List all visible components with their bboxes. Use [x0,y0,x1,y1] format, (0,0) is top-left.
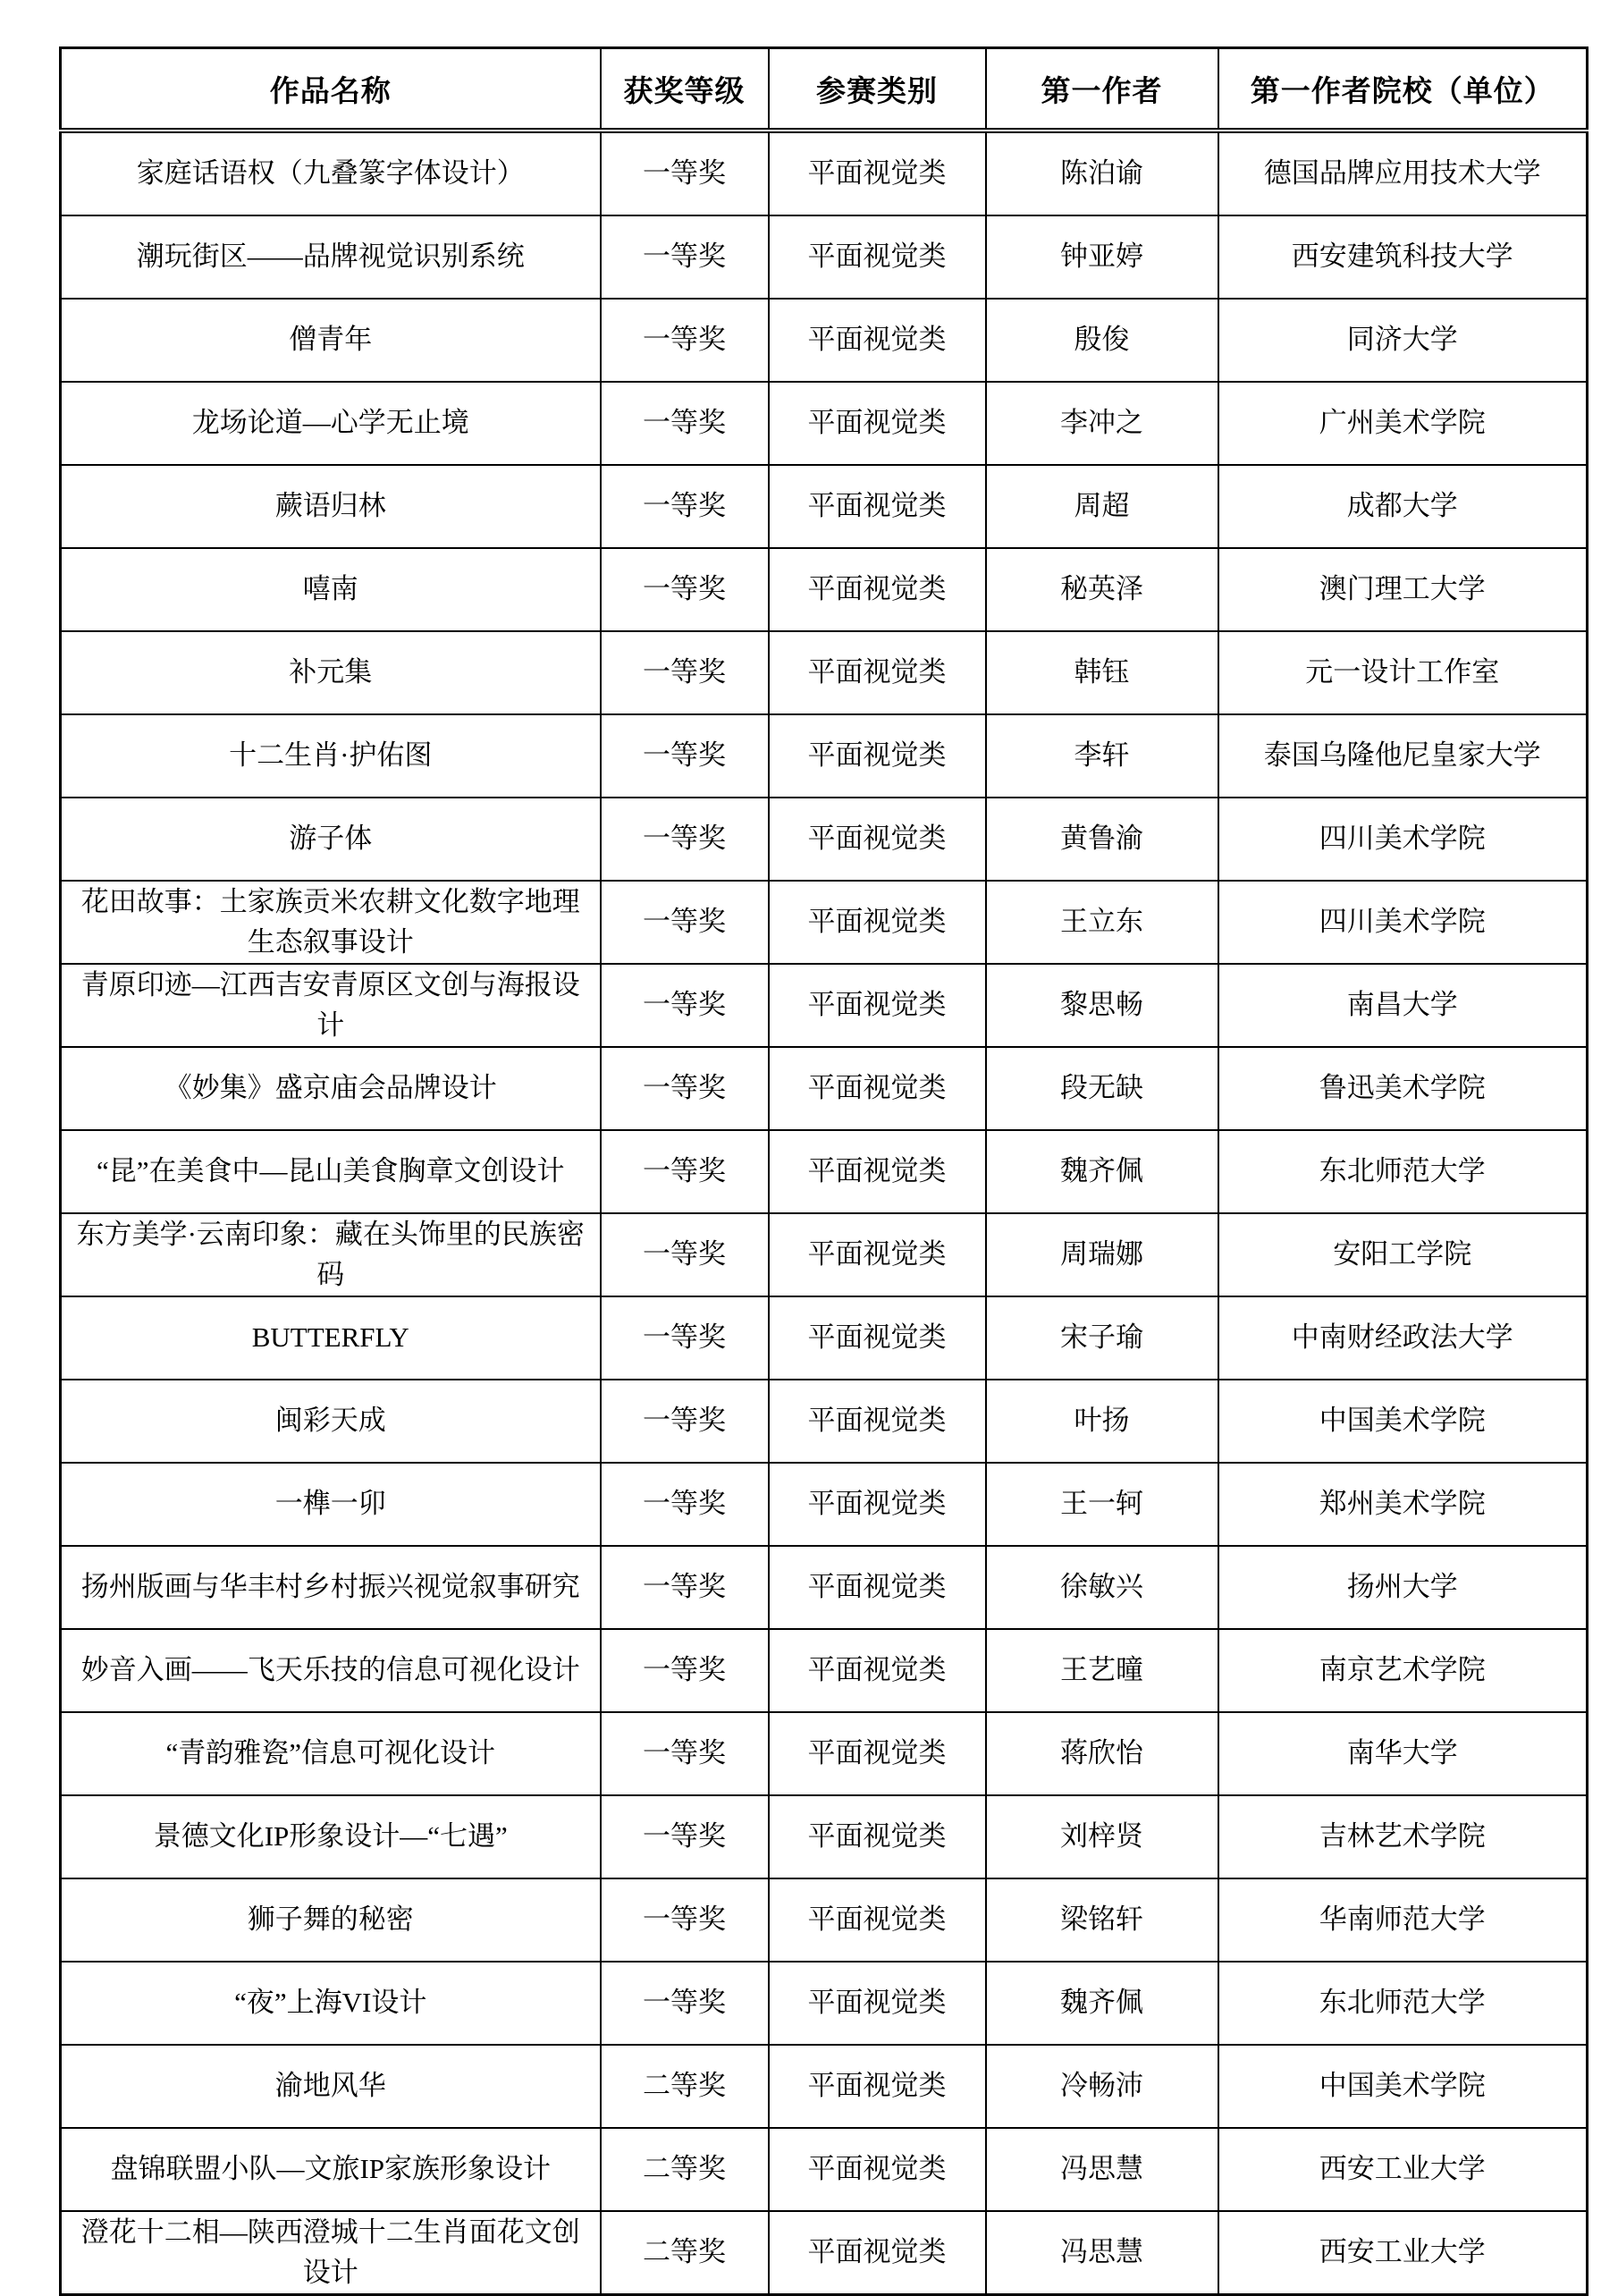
table-cell: 黄鲁渝 [986,798,1218,881]
table-cell: 南昌大学 [1218,964,1588,1047]
table-cell: 嘻南 [61,548,601,631]
table-cell: 成都大学 [1218,465,1588,548]
table-cell: 平面视觉类 [769,465,986,548]
table-cell: 闽彩天成 [61,1380,601,1463]
table-cell: 一等奖 [601,465,769,548]
table-row: “夜”上海VI设计一等奖平面视觉类魏齐佩东北师范大学 [61,1962,1588,2045]
table-cell: 一等奖 [601,1795,769,1878]
header-cell-4: 第一作者院校（单位） [1218,48,1588,131]
table-row: 潮玩街区——品牌视觉识别系统一等奖平面视觉类钟亚婷西安建筑科技大学 [61,215,1588,299]
table-row: 妙音入画——飞天乐技的信息可视化设计一等奖平面视觉类王艺曈南京艺术学院 [61,1629,1588,1712]
table-row: “昆”在美食中—昆山美食胸章文创设计一等奖平面视觉类魏齐佩东北师范大学 [61,1130,1588,1213]
table-cell: 蒋欣怡 [986,1712,1218,1795]
table-cell: 扬州大学 [1218,1546,1588,1629]
table-row: 澄花十二相—陕西澄城十二生肖面花文创设计二等奖平面视觉类冯思慧西安工业大学 [61,2211,1588,2295]
table-cell: 广州美术学院 [1218,382,1588,465]
table-cell: 一等奖 [601,1213,769,1296]
table-row: BUTTERFLY一等奖平面视觉类宋子瑜中南财经政法大学 [61,1296,1588,1380]
table-cell: 泰国乌隆他尼皇家大学 [1218,714,1588,798]
table-cell: 西安建筑科技大学 [1218,215,1588,299]
table-cell: 十二生肖·护佑图 [61,714,601,798]
table-cell: 华南师范大学 [1218,1878,1588,1962]
table-body: 家庭话语权（九叠篆字体设计）一等奖平面视觉类陈泊谕德国品牌应用技术大学潮玩街区—… [61,131,1588,2295]
table-row: 蕨语归林一等奖平面视觉类周超成都大学 [61,465,1588,548]
table-cell: 王一轲 [986,1463,1218,1546]
table-cell: 冯思慧 [986,2128,1218,2211]
table-cell: 僧青年 [61,299,601,382]
document-page: 作品名称获奖等级参赛类别第一作者第一作者院校（单位） 家庭话语权（九叠篆字体设计… [59,46,1589,2296]
table-cell: 钟亚婷 [986,215,1218,299]
table-cell: 一等奖 [601,1962,769,2045]
table-row: “青韵雅瓷”信息可视化设计一等奖平面视觉类蒋欣怡南华大学 [61,1712,1588,1795]
table-cell: 李轩 [986,714,1218,798]
table-cell: 南京艺术学院 [1218,1629,1588,1712]
table-cell: 鲁迅美术学院 [1218,1047,1588,1130]
table-cell: 平面视觉类 [769,1712,986,1795]
table-cell: 平面视觉类 [769,1878,986,1962]
table-cell: 一等奖 [601,382,769,465]
table-cell: 东方美学·云南印象：藏在头饰里的民族密码 [61,1213,601,1296]
table-cell: 一等奖 [601,1296,769,1380]
table-cell: “昆”在美食中—昆山美食胸章文创设计 [61,1130,601,1213]
table-cell: 四川美术学院 [1218,798,1588,881]
table-cell: 二等奖 [601,2211,769,2295]
table-row: 闽彩天成一等奖平面视觉类叶扬中国美术学院 [61,1380,1588,1463]
table-row: 一榫一卯一等奖平面视觉类王一轲郑州美术学院 [61,1463,1588,1546]
table-row: 僧青年一等奖平面视觉类殷俊同济大学 [61,299,1588,382]
table-cell: 一等奖 [601,798,769,881]
table-cell: 一等奖 [601,1712,769,1795]
table-cell: 四川美术学院 [1218,881,1588,964]
table-cell: 一榫一卯 [61,1463,601,1546]
table-cell: 平面视觉类 [769,2211,986,2295]
table-cell: 平面视觉类 [769,1380,986,1463]
table-cell: 家庭话语权（九叠篆字体设计） [61,131,601,215]
table-row: 龙场论道—心学无止境一等奖平面视觉类李冲之广州美术学院 [61,382,1588,465]
table-cell: 中南财经政法大学 [1218,1296,1588,1380]
table-cell: 梁铭轩 [986,1878,1218,1962]
table-cell: 黎思畅 [986,964,1218,1047]
table-cell: 蕨语归林 [61,465,601,548]
table-cell: 龙场论道—心学无止境 [61,382,601,465]
table-cell: 扬州版画与华丰村乡村振兴视觉叙事研究 [61,1546,601,1629]
table-row: 补元集一等奖平面视觉类韩钰元一设计工作室 [61,631,1588,714]
table-row: 游子体一等奖平面视觉类黄鲁渝四川美术学院 [61,798,1588,881]
table-cell: 平面视觉类 [769,215,986,299]
table-cell: 二等奖 [601,2128,769,2211]
table-cell: 花田故事：土家族贡米农耕文化数字地理生态叙事设计 [61,881,601,964]
table-row: 十二生肖·护佑图一等奖平面视觉类李轩泰国乌隆他尼皇家大学 [61,714,1588,798]
table-cell: 刘梓贤 [986,1795,1218,1878]
table-row: 狮子舞的秘密一等奖平面视觉类梁铭轩华南师范大学 [61,1878,1588,1962]
table-cell: 狮子舞的秘密 [61,1878,601,1962]
table-cell: 安阳工学院 [1218,1213,1588,1296]
table-cell: 冷畅沛 [986,2045,1218,2128]
header-cell-1: 获奖等级 [601,48,769,131]
table-cell: 盘锦联盟小队—文旅IP家族形象设计 [61,2128,601,2211]
table-cell: 平面视觉类 [769,1795,986,1878]
table-cell: “青韵雅瓷”信息可视化设计 [61,1712,601,1795]
table-cell: 东北师范大学 [1218,1962,1588,2045]
table-cell: 平面视觉类 [769,1962,986,2045]
table-cell: 平面视觉类 [769,964,986,1047]
table-cell: 《妙集》盛京庙会品牌设计 [61,1047,601,1130]
table-cell: 中国美术学院 [1218,1380,1588,1463]
table-cell: 叶扬 [986,1380,1218,1463]
table-cell: 妙音入画——飞天乐技的信息可视化设计 [61,1629,601,1712]
table-cell: 一等奖 [601,964,769,1047]
table-cell: 秘英泽 [986,548,1218,631]
table-cell: 平面视觉类 [769,1463,986,1546]
table-cell: 平面视觉类 [769,382,986,465]
table-cell: 南华大学 [1218,1712,1588,1795]
table-cell: 周超 [986,465,1218,548]
table-cell: 一等奖 [601,1463,769,1546]
table-cell: 一等奖 [601,1629,769,1712]
table-row: 《妙集》盛京庙会品牌设计一等奖平面视觉类段无缺鲁迅美术学院 [61,1047,1588,1130]
table-cell: 二等奖 [601,2045,769,2128]
table-cell: 平面视觉类 [769,548,986,631]
table-cell: 平面视觉类 [769,798,986,881]
table-cell: 郑州美术学院 [1218,1463,1588,1546]
table-cell: 一等奖 [601,714,769,798]
table-cell: 德国品牌应用技术大学 [1218,131,1588,215]
table-cell: 一等奖 [601,1130,769,1213]
table-cell: 陈泊谕 [986,131,1218,215]
header-cell-3: 第一作者 [986,48,1218,131]
table-cell: 平面视觉类 [769,1047,986,1130]
table-cell: 宋子瑜 [986,1296,1218,1380]
table-cell: 平面视觉类 [769,131,986,215]
table-row: 家庭话语权（九叠篆字体设计）一等奖平面视觉类陈泊谕德国品牌应用技术大学 [61,131,1588,215]
table-cell: 王立东 [986,881,1218,964]
table-row: 花田故事：土家族贡米农耕文化数字地理生态叙事设计一等奖平面视觉类王立东四川美术学… [61,881,1588,964]
header-cell-0: 作品名称 [61,48,601,131]
table-cell: 平面视觉类 [769,299,986,382]
table-cell: 平面视觉类 [769,714,986,798]
table-cell: 一等奖 [601,881,769,964]
table-cell: 段无缺 [986,1047,1218,1130]
table-cell: 平面视觉类 [769,881,986,964]
table-cell: 一等奖 [601,631,769,714]
table-cell: 一等奖 [601,548,769,631]
table-cell: 西安工业大学 [1218,2211,1588,2295]
table-cell: 游子体 [61,798,601,881]
table-cell: 徐敏兴 [986,1546,1218,1629]
table-cell: 景德文化IP形象设计—“七遇” [61,1795,601,1878]
table-cell: 一等奖 [601,215,769,299]
table-cell: 澄花十二相—陕西澄城十二生肖面花文创设计 [61,2211,601,2295]
header-row: 作品名称获奖等级参赛类别第一作者第一作者院校（单位） [61,48,1588,131]
table-row: 东方美学·云南印象：藏在头饰里的民族密码一等奖平面视觉类周瑞娜安阳工学院 [61,1213,1588,1296]
table-cell: 平面视觉类 [769,1546,986,1629]
table-row: 扬州版画与华丰村乡村振兴视觉叙事研究一等奖平面视觉类徐敏兴扬州大学 [61,1546,1588,1629]
table-cell: 一等奖 [601,1546,769,1629]
table-cell: 殷俊 [986,299,1218,382]
table-cell: 一等奖 [601,1878,769,1962]
table-cell: BUTTERFLY [61,1296,601,1380]
table-cell: 潮玩街区——品牌视觉识别系统 [61,215,601,299]
table-cell: 王艺曈 [986,1629,1218,1712]
header-cell-2: 参赛类别 [769,48,986,131]
table-cell: 补元集 [61,631,601,714]
table-cell: 元一设计工作室 [1218,631,1588,714]
table-cell: 冯思慧 [986,2211,1218,2295]
table-cell: 平面视觉类 [769,1629,986,1712]
table-cell: 中国美术学院 [1218,2045,1588,2128]
table-cell: 平面视觉类 [769,631,986,714]
table-row: 嘻南一等奖平面视觉类秘英泽澳门理工大学 [61,548,1588,631]
table-cell: 周瑞娜 [986,1213,1218,1296]
table-cell: 平面视觉类 [769,1296,986,1380]
table-cell: 一等奖 [601,1380,769,1463]
table-cell: 魏齐佩 [986,1962,1218,2045]
table-cell: 青原印迹—江西吉安青原区文创与海报设计 [61,964,601,1047]
table-row: 渝地风华二等奖平面视觉类冷畅沛中国美术学院 [61,2045,1588,2128]
table-cell: 一等奖 [601,131,769,215]
table-cell: 平面视觉类 [769,1213,986,1296]
table-cell: 吉林艺术学院 [1218,1795,1588,1878]
table-row: 青原印迹—江西吉安青原区文创与海报设计一等奖平面视觉类黎思畅南昌大学 [61,964,1588,1047]
awards-table: 作品名称获奖等级参赛类别第一作者第一作者院校（单位） 家庭话语权（九叠篆字体设计… [59,46,1589,2296]
table-cell: 平面视觉类 [769,2128,986,2211]
table-cell: 澳门理工大学 [1218,548,1588,631]
table-cell: 一等奖 [601,299,769,382]
table-cell: 魏齐佩 [986,1130,1218,1213]
table-cell: 西安工业大学 [1218,2128,1588,2211]
table-cell: 东北师范大学 [1218,1130,1588,1213]
table-cell: 李冲之 [986,382,1218,465]
table-cell: 同济大学 [1218,299,1588,382]
table-cell: 渝地风华 [61,2045,601,2128]
table-row: 景德文化IP形象设计—“七遇”一等奖平面视觉类刘梓贤吉林艺术学院 [61,1795,1588,1878]
table-cell: “夜”上海VI设计 [61,1962,601,2045]
table-cell: 平面视觉类 [769,1130,986,1213]
table-cell: 韩钰 [986,631,1218,714]
table-cell: 平面视觉类 [769,2045,986,2128]
table-row: 盘锦联盟小队—文旅IP家族形象设计二等奖平面视觉类冯思慧西安工业大学 [61,2128,1588,2211]
table-cell: 一等奖 [601,1047,769,1130]
